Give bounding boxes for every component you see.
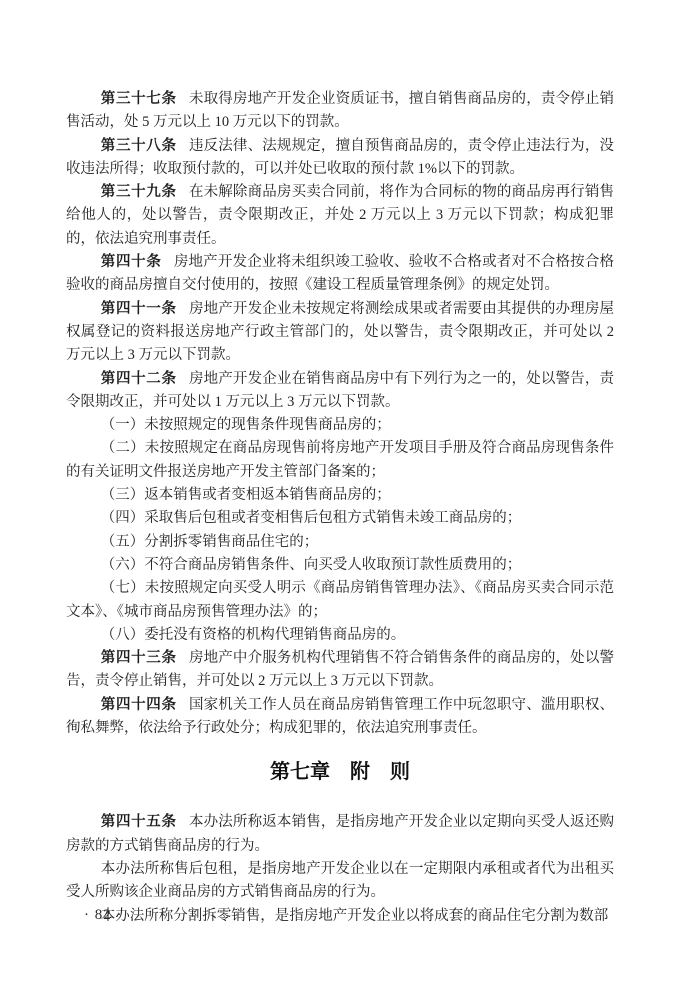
paragraph: （五）分割拆零销售商品住宅的； [66,531,614,554]
paragraph: （六）不符合商品房销售条件、向买受人收取预订款性质费用的； [66,554,614,577]
article-paragraph: 第四十二条房地产开发企业在销售商品房中有下列行为之一的，处以警告，责令限期改正，… [66,368,614,415]
paragraph: （三）返本销售或者变相返本销售商品房的； [66,484,614,507]
chapter-heading: 第七章 附 则 [66,759,614,785]
document-page: 第三十七条未取得房地产开发企业资质证书，擅自销售商品房的，责令停止销售活动，处 … [0,0,699,982]
article-number: 第三十八条 [101,138,177,154]
paragraph: （四）采取售后包租或者变相售后包租方式销售未竣工商品房的； [66,507,614,530]
article-number: 第四十一条 [101,301,177,317]
article-number: 第四十二条 [101,371,177,387]
article-paragraph: 第四十四条国家机关工作人员在商品房销售管理工作中玩忽职守、滥用职权、徇私舞弊，依… [66,694,614,741]
article-number: 第四十三条 [101,650,177,666]
article-number: 第三十九条 [101,184,177,200]
article-paragraph: 第四十五条本办法所称返本销售，是指房地产开发企业以定期向买受人返还购房款的方式销… [66,811,614,858]
article-number: 第三十七条 [101,91,177,107]
article-paragraph: 第四十一条房地产开发企业未按规定将测绘成果或者需要由其提供的办理房屋权属登记的资… [66,298,614,368]
article-paragraph: 第三十九条在未解除商品房买卖合同前，将作为合同标的物的商品房再行销售给他人的，处… [66,181,614,251]
paragraph: （八）委托没有资格的机构代理销售商品房的。 [66,624,614,647]
paragraph: 本办法所称售后包租，是指房地产开发企业以在一定期限内承租或者代为出租买受人所购该… [66,858,614,905]
article-number: 第四十四条 [101,697,177,713]
article-number: 第四十五条 [101,814,177,830]
paragraph: （七）未按照规定向买受人明示《商品房销售管理办法》、《商品房买卖合同示范文本》、… [66,577,614,624]
paragraph: 本办法所称分割拆零销售，是指房地产开发企业以将成套的商品住宅分割为数部 [66,905,614,928]
page-number: · 82 · [84,905,123,925]
article-paragraph: 第三十七条未取得房地产开发企业资质证书，擅自销售商品房的，责令停止销售活动，处 … [66,88,614,135]
article-paragraph: 第三十八条违反法律、法规规定，擅自预售商品房的，责令停止违法行为，没收违法所得；… [66,135,614,182]
article-paragraph: 第四十条房地产开发企业将未组织竣工验收、验收不合格或者对不合格按合格验收的商品房… [66,251,614,298]
document-body: 第三十七条未取得房地产开发企业资质证书，擅自销售商品房的，责令停止销售活动，处 … [66,88,614,928]
paragraph: （一）未按照规定的现售条件现售商品房的； [66,414,614,437]
article-paragraph: 第四十三条房地产中介服务机构代理销售不符合销售条件的商品房的，处以警告，责令停止… [66,647,614,694]
article-number: 第四十条 [101,254,162,270]
paragraph: （二）未按照规定在商品房现售前将房地产开发项目手册及符合商品房现售条件的有关证明… [66,437,614,484]
